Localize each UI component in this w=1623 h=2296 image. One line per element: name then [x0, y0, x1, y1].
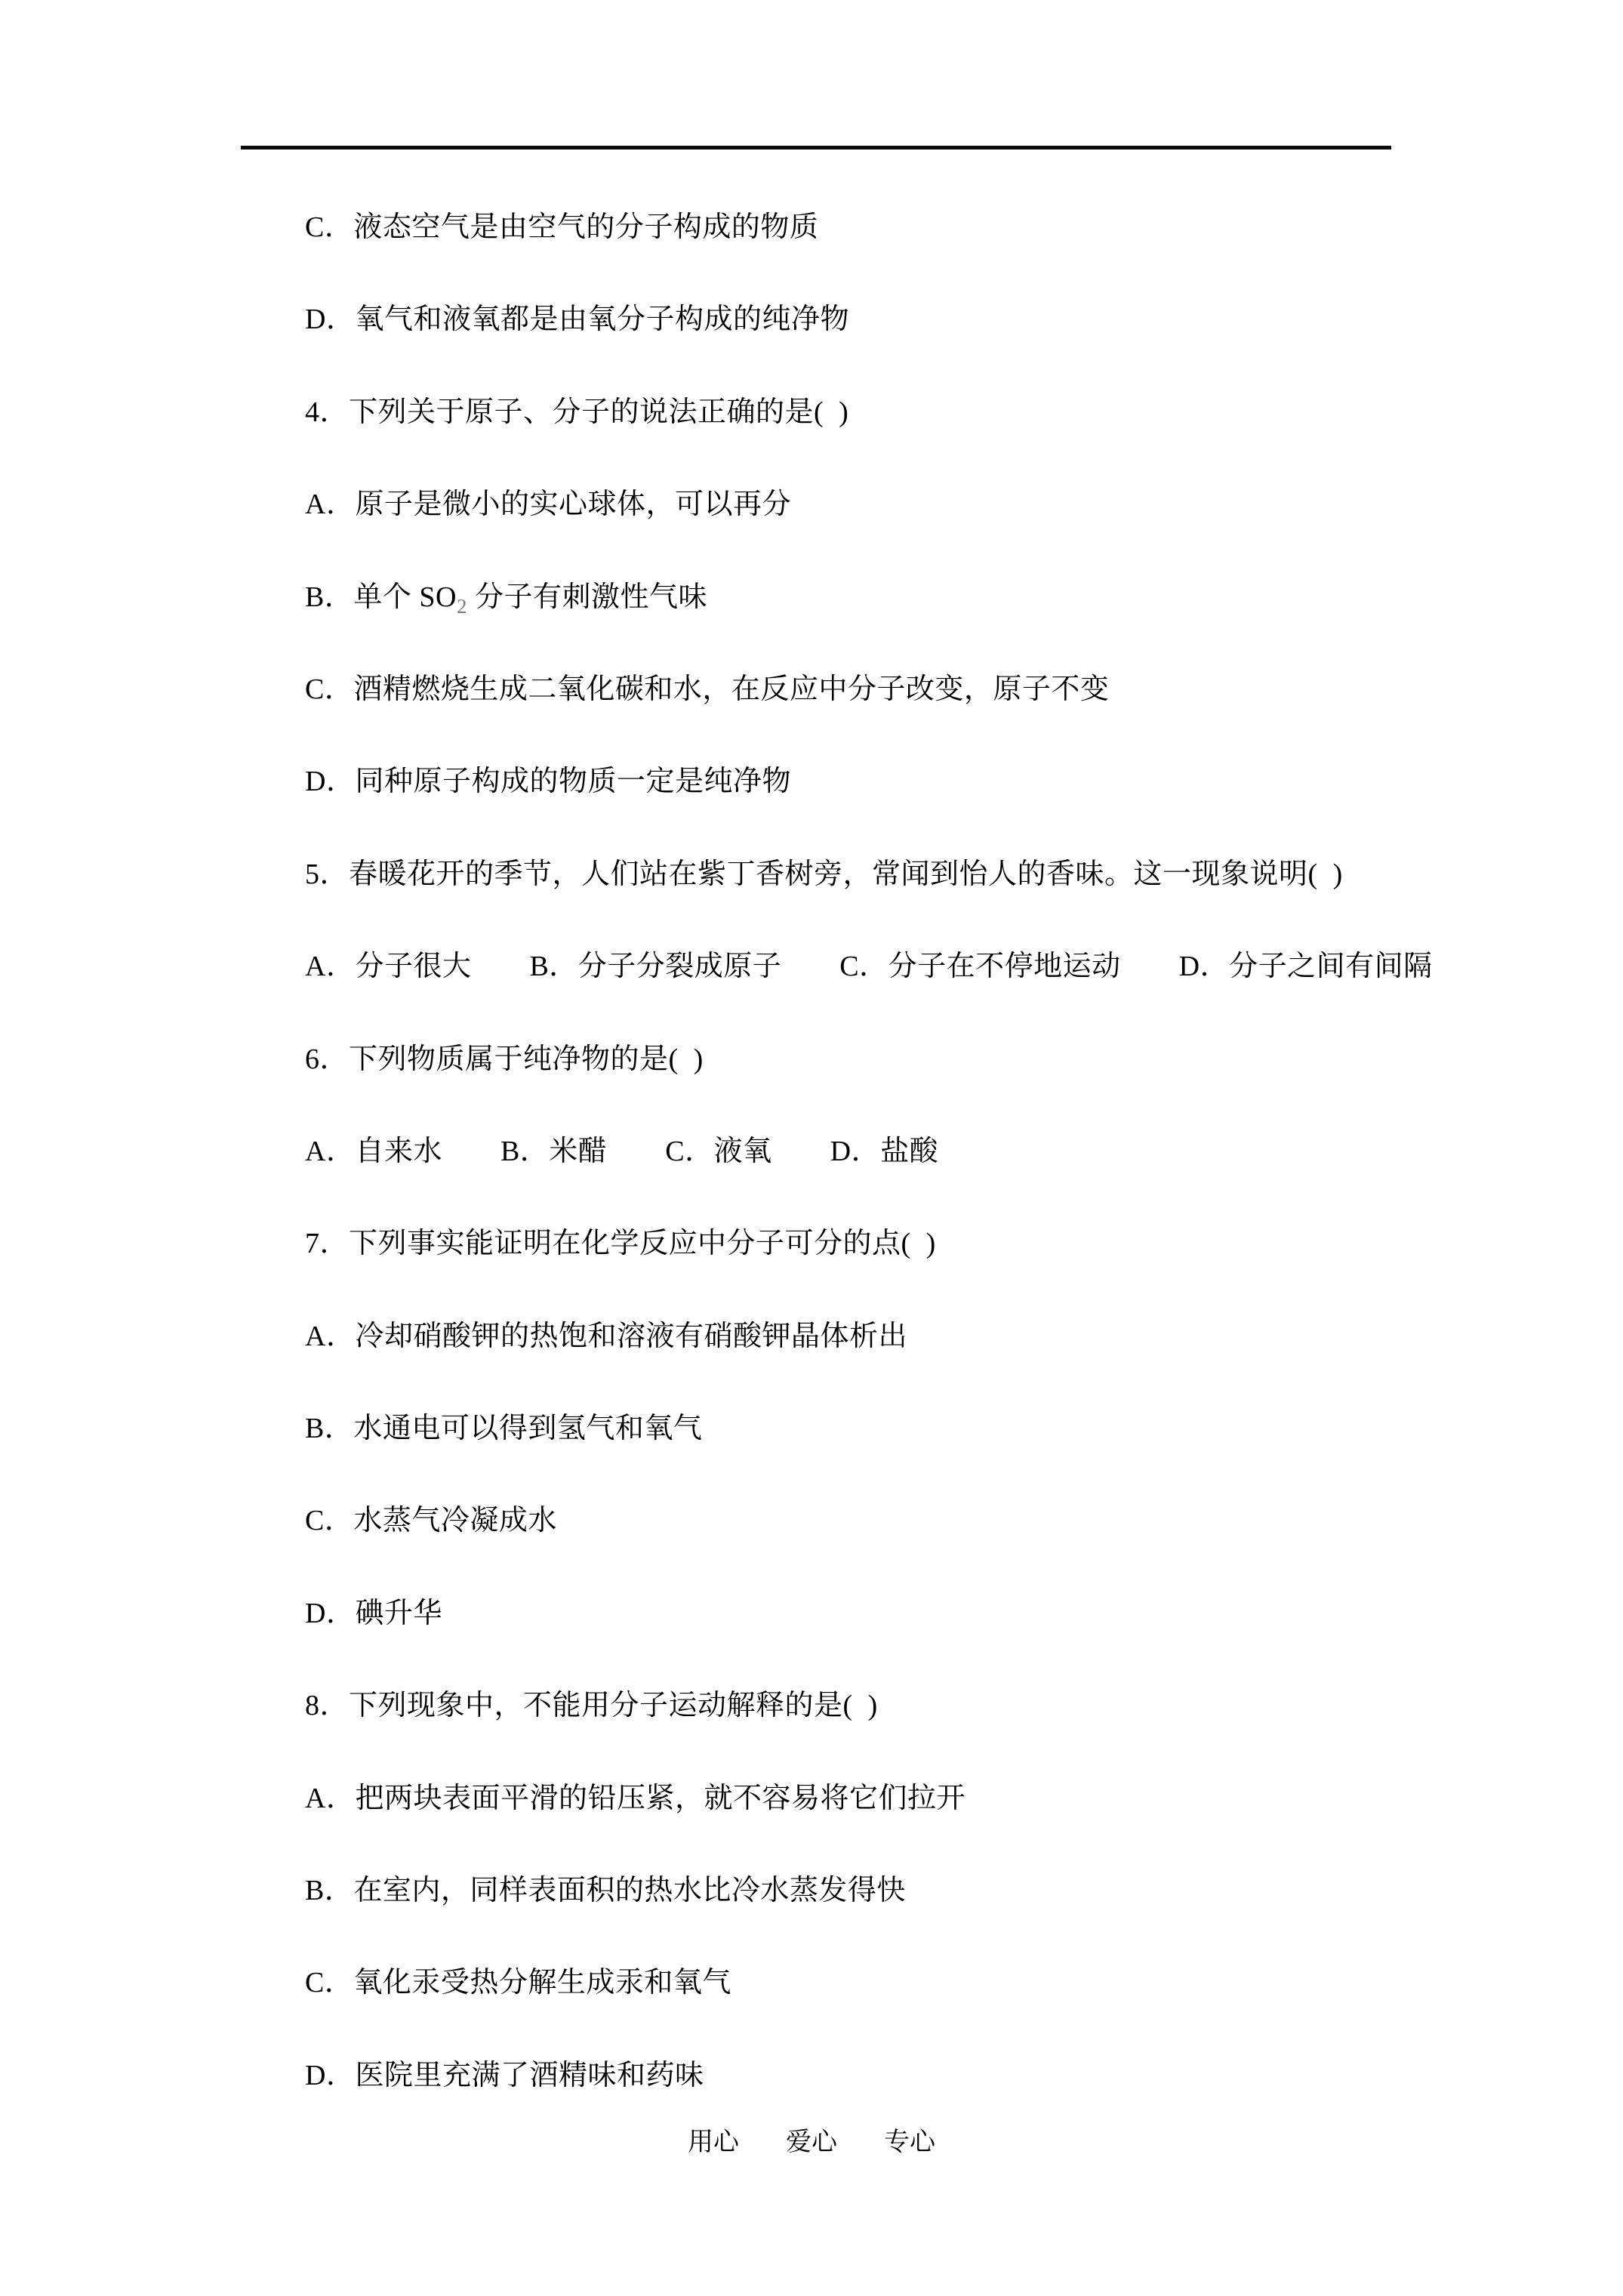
- option-line-4B: B．单个 SO2 分子有刺激性气味: [305, 551, 1543, 643]
- option-line-7B: B．水通电可以得到氢气和氧气: [305, 1382, 1543, 1475]
- question-line-6: 6．下列物质属于纯净物的是( ): [305, 1013, 1543, 1105]
- footer-item: 专心: [884, 2126, 935, 2159]
- line-text: A．把两块表面平滑的铅压紧，就不容易将它们拉开: [305, 1783, 965, 1814]
- line-text: 8．下列现象中，不能用分子运动解释的是( ): [305, 1690, 878, 1721]
- line-text: C．水蒸气冷凝成水: [305, 1505, 557, 1536]
- line-text: B．单个 SO: [305, 581, 457, 613]
- option-line-8C: C．氧化汞受热分解生成汞和氧气: [305, 1937, 1543, 2029]
- line-text: 分子有刺激性气味: [467, 581, 707, 613]
- question-line-4: 4．下列关于原子、分子的说法正确的是( ): [305, 366, 1543, 458]
- option-line-7D: D．碘升华: [305, 1567, 1543, 1660]
- option-line-4D: D．同种原子构成的物质一定是纯净物: [305, 735, 1543, 827]
- line-text: 6．下列物质属于纯净物的是( ): [305, 1043, 704, 1075]
- line-text: C．酒精燃烧生成二氧化碳和水，在反应中分子改变，原子不变: [305, 673, 1109, 705]
- footer-item: 爱心: [786, 2126, 837, 2159]
- question-line-5: 5．春暖花开的季节，人们站在紫丁香树旁，常闻到怡人的香味。这一现象说明( ): [305, 828, 1543, 920]
- footer-item: 用心: [688, 2126, 739, 2159]
- option-line-3C: C．液态空气是由空气的分子构成的物质: [305, 181, 1543, 273]
- option-line-8A: A．把两块表面平滑的铅压紧，就不容易将它们拉开: [305, 1752, 1543, 1845]
- so2-subscript: 2: [457, 595, 467, 618]
- option-line-7A: A．冷却硝酸钾的热饱和溶液有硝酸钾晶体析出: [305, 1290, 1543, 1382]
- line-text: B．在室内，同样表面积的热水比冷水蒸发得快: [305, 1875, 906, 1906]
- option-line-4C: C．酒精燃烧生成二氧化碳和水，在反应中分子改变，原子不变: [305, 643, 1543, 735]
- document-page: C．液态空气是由空气的分子构成的物质D．氧气和液氧都是由氧分子构成的纯净物4．下…: [0, 0, 1623, 2296]
- line-text: D．医院里充满了酒精味和药味: [305, 2060, 704, 2091]
- line-text: D．碘升华: [305, 1598, 442, 1629]
- line-text: D．同种原子构成的物质一定是纯净物: [305, 766, 791, 797]
- line-text: 5．春暖花开的季节，人们站在紫丁香树旁，常闻到怡人的香味。这一现象说明( ): [305, 858, 1343, 890]
- option-line-8D: D．医院里充满了酒精味和药味: [305, 2029, 1543, 2122]
- header-rule: [241, 146, 1391, 149]
- line-text: 4．下列关于原子、分子的说法正确的是( ): [305, 396, 848, 428]
- line-text: A．分子很大 B．分子分裂成原子 C．分子在不停地运动 D．分子之间有间隔: [305, 951, 1433, 982]
- line-text: A．原子是微小的实心球体，可以再分: [305, 488, 791, 520]
- option-line-3D: D．氧气和液氧都是由氧分子构成的纯净物: [305, 273, 1543, 365]
- line-text: 7．下列事实能证明在化学反应中分子可分的点( ): [305, 1228, 936, 1259]
- page-footer: 用心爱心专心: [0, 2126, 1623, 2159]
- line-text: A．自来水 B．米醋 C．液氧 D．盐酸: [305, 1136, 938, 1167]
- option-line-4A: A．原子是微小的实心球体，可以再分: [305, 458, 1543, 550]
- line-text: D．氧气和液氧都是由氧分子构成的纯净物: [305, 304, 849, 335]
- option-line-7C: C．水蒸气冷凝成水: [305, 1475, 1543, 1567]
- line-text: C．氧化汞受热分解生成汞和氧气: [305, 1967, 731, 1999]
- options-row-6: A．自来水 B．米醋 C．液氧 D．盐酸: [305, 1105, 1543, 1197]
- question-line-7: 7．下列事实能证明在化学反应中分子可分的点( ): [305, 1197, 1543, 1290]
- line-text: A．冷却硝酸钾的热饱和溶液有硝酸钾晶体析出: [305, 1321, 907, 1352]
- document-body: C．液态空气是由空气的分子构成的物质D．氧气和液氧都是由氧分子构成的纯净物4．下…: [305, 181, 1543, 2122]
- option-line-8B: B．在室内，同样表面积的热水比冷水蒸发得快: [305, 1845, 1543, 1937]
- question-line-8: 8．下列现象中，不能用分子运动解释的是( ): [305, 1660, 1543, 1752]
- options-row-5: A．分子很大 B．分子分裂成原子 C．分子在不停地运动 D．分子之间有间隔: [305, 920, 1543, 1012]
- line-text: C．液态空气是由空气的分子构成的物质: [305, 211, 818, 243]
- line-text: B．水通电可以得到氢气和氧气: [305, 1413, 702, 1444]
